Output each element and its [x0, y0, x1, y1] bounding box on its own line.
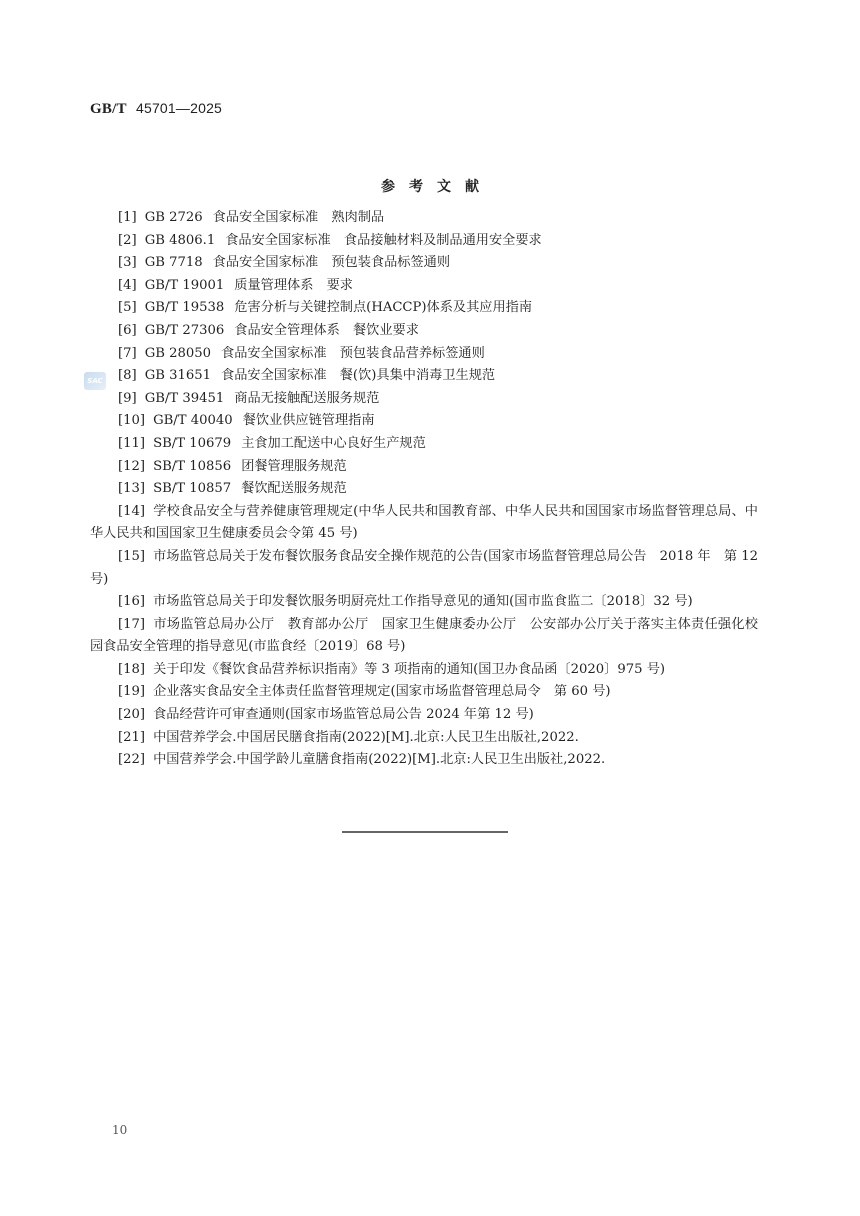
reference-item: [2]GB 4806.1食品安全国家标准 食品接触材料及制品通用安全要求	[90, 230, 758, 253]
reference-item: [10]GB/T 40040餐饮业供应链管理指南	[90, 410, 758, 433]
reference-item: [11]SB/T 10679主食加工配送中心良好生产规范	[90, 433, 758, 456]
reference-index: [17]	[118, 617, 145, 632]
reference-text: 质量管理体系 要求	[234, 278, 353, 293]
reference-item: [12]SB/T 10856团餐管理服务规范	[90, 456, 758, 479]
reference-code: GB/T 40040	[153, 413, 233, 428]
reference-item: [4]GB/T 19001质量管理体系 要求	[90, 275, 758, 298]
reference-index: [9]	[118, 391, 137, 406]
reference-index: [18]	[118, 662, 145, 677]
reference-text: 餐饮配送服务规范	[241, 481, 347, 496]
section-title: 参考文献	[0, 176, 860, 196]
reference-code: GB 28050	[145, 346, 211, 361]
reference-text: 危害分析与关键控制点(HACCP)体系及其应用指南	[234, 300, 532, 315]
standard-code-header: GB/T 45701—2025	[90, 100, 222, 118]
reference-text: 市场监管总局关于发布餐饮服务食品安全操作规范的公告(国家市场监督管理总局公告 2…	[90, 549, 758, 587]
reference-index: [12]	[118, 459, 145, 474]
standard-number: 45701—2025	[136, 100, 222, 116]
reference-item: [9]GB/T 39451商品无接触配送服务规范	[90, 388, 758, 411]
reference-text: 食品安全国家标准 餐(饮)具集中消毒卫生规范	[221, 368, 495, 383]
reference-index: [15]	[118, 549, 145, 564]
reference-code: GB/T 39451	[145, 391, 225, 406]
reference-index: [14]	[118, 504, 145, 519]
reference-code: SB/T 10857	[153, 481, 231, 496]
reference-item: [3]GB 7718食品安全国家标准 预包装食品标签通则	[90, 252, 758, 275]
reference-index: [6]	[118, 323, 137, 338]
reference-index: [20]	[118, 707, 145, 722]
reference-item: [22]中国营养学会.中国学龄儿童膳食指南(2022)[M].北京:人民卫生出版…	[90, 749, 758, 772]
end-rule-divider	[342, 831, 508, 833]
reference-text: 食品安全国家标准 预包装食品营养标签通则	[221, 346, 485, 361]
reference-item: [17]市场监管总局办公厅 教育部办公厅 国家卫生健康委办公厅 公安部办公厅关于…	[90, 614, 758, 659]
reference-index: [1]	[118, 210, 137, 225]
reference-text: 市场监管总局关于印发餐饮服务明厨亮灶工作指导意见的通知(国市监食监二〔2018〕…	[153, 594, 693, 609]
reference-item: [16]市场监管总局关于印发餐饮服务明厨亮灶工作指导意见的通知(国市监食监二〔2…	[90, 591, 758, 614]
reference-code: GB/T 27306	[145, 323, 225, 338]
reference-code: GB/T 19001	[145, 278, 225, 293]
reference-item: [18]关于印发《餐饮食品营养标识指南》等 3 项指南的通知(国卫办食品函〔20…	[90, 659, 758, 682]
reference-text: 餐饮业供应链管理指南	[243, 413, 375, 428]
reference-item: [15]市场监管总局关于发布餐饮服务食品安全操作规范的公告(国家市场监督管理总局…	[90, 546, 758, 591]
reference-text: 关于印发《餐饮食品营养标识指南》等 3 项指南的通知(国卫办食品函〔2020〕9…	[153, 662, 665, 677]
reference-item: [19]企业落实食品安全主体责任监督管理规定(国家市场监督管理总局令 第 60 …	[90, 681, 758, 704]
reference-code: GB/T 19538	[145, 300, 225, 315]
reference-index: [21]	[118, 730, 145, 745]
standard-prefix: GB/T	[90, 101, 127, 117]
reference-index: [2]	[118, 233, 137, 248]
reference-list: [1]GB 2726食品安全国家标准 熟肉制品[2]GB 4806.1食品安全国…	[90, 207, 758, 772]
reference-index: [22]	[118, 752, 145, 767]
reference-item: [5]GB/T 19538危害分析与关键控制点(HACCP)体系及其应用指南	[90, 297, 758, 320]
reference-index: [8]	[118, 368, 137, 383]
reference-text: 主食加工配送中心良好生产规范	[241, 436, 426, 451]
reference-item: [14]学校食品安全与营养健康管理规定(中华人民共和国教育部、中华人民共和国国家…	[90, 501, 758, 546]
reference-index: [4]	[118, 278, 137, 293]
reference-text: 团餐管理服务规范	[241, 459, 347, 474]
reference-text: 商品无接触配送服务规范	[234, 391, 379, 406]
reference-item: [20]食品经营许可审查通则(国家市场监管总局公告 2024 年第 12 号)	[90, 704, 758, 727]
reference-text: 食品安全国家标准 食品接触材料及制品通用安全要求	[225, 233, 542, 248]
reference-item: [6]GB/T 27306食品安全管理体系 餐饮业要求	[90, 320, 758, 343]
reference-index: [5]	[118, 300, 137, 315]
reference-item: [7]GB 28050食品安全国家标准 预包装食品营养标签通则	[90, 343, 758, 366]
reference-code: GB 2726	[145, 210, 203, 225]
reference-index: [19]	[118, 684, 145, 699]
reference-code: SB/T 10856	[153, 459, 231, 474]
reference-text: 中国营养学会.中国学龄儿童膳食指南(2022)[M].北京:人民卫生出版社,20…	[153, 752, 605, 767]
reference-index: [7]	[118, 346, 137, 361]
reference-text: 食品安全管理体系 餐饮业要求	[234, 323, 419, 338]
reference-text: 市场监管总局办公厅 教育部办公厅 国家卫生健康委办公厅 公安部办公厅关于落实主体…	[90, 617, 758, 655]
reference-item: [13]SB/T 10857餐饮配送服务规范	[90, 478, 758, 501]
reference-index: [16]	[118, 594, 145, 609]
reference-text: 食品经营许可审查通则(国家市场监管总局公告 2024 年第 12 号)	[153, 707, 534, 722]
reference-item: [1]GB 2726食品安全国家标准 熟肉制品	[90, 207, 758, 230]
reference-index: [10]	[118, 413, 145, 428]
reference-text: 企业落实食品安全主体责任监督管理规定(国家市场监督管理总局令 第 60 号)	[153, 684, 610, 699]
reference-index: [11]	[118, 436, 145, 451]
page-number: 10	[112, 1123, 127, 1137]
reference-text: 食品安全国家标准 熟肉制品	[213, 210, 384, 225]
reference-code: GB 7718	[145, 255, 203, 270]
reference-text: 中国营养学会.中国居民膳食指南(2022)[M].北京:人民卫生出版社,2022…	[153, 730, 579, 745]
reference-item: [8]GB 31651食品安全国家标准 餐(饮)具集中消毒卫生规范	[90, 365, 758, 388]
reference-text: 食品安全国家标准 预包装食品标签通则	[213, 255, 450, 270]
reference-index: [13]	[118, 481, 145, 496]
reference-code: GB 4806.1	[145, 233, 216, 248]
reference-index: [3]	[118, 255, 137, 270]
reference-text: 学校食品安全与营养健康管理规定(中华人民共和国教育部、中华人民共和国国家市场监督…	[90, 504, 758, 542]
reference-code: GB 31651	[145, 368, 211, 383]
reference-code: SB/T 10679	[153, 436, 231, 451]
reference-item: [21]中国营养学会.中国居民膳食指南(2022)[M].北京:人民卫生出版社,…	[90, 727, 758, 750]
